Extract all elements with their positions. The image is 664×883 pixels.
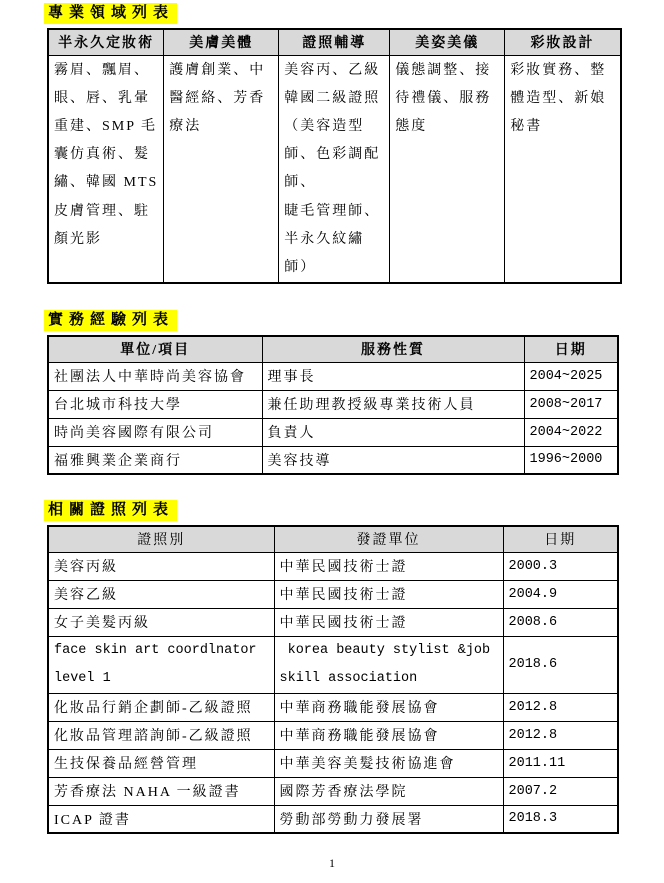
table-row: 女子美髮丙級 中華民國技術士證 2008.6 [48,608,618,636]
cell-date: 1996~2000 [524,446,618,474]
certifications-table: 證照別 發證單位 日期 美容丙級 中華民國技術士證 2000.3 美容乙級 中華… [47,525,619,834]
column-header: 證照別 [48,526,274,552]
table-row: 美容丙級 中華民國技術士證 2000.3 [48,552,618,580]
column-header: 彩妝設計 [505,29,621,55]
page-number: 1 [0,856,664,871]
column-header: 半永久定妝術 [48,29,164,55]
column-header: 美膚美體 [164,29,279,55]
cell-field-detail: 美容丙、乙級 韓國二級證照 （美容造型 師、色彩調配 師、 睫毛管理師、 半永久… [279,55,390,283]
table-row: 時尚美容國際有限公司 負責人 2004~2022 [48,418,618,446]
cell-license: face skin art coordlnator level 1 [48,636,274,693]
table-row: 美容乙級 中華民國技術士證 2004.9 [48,580,618,608]
column-header: 日期 [524,336,618,362]
table-header-row: 證照別 發證單位 日期 [48,526,618,552]
column-header: 單位/項目 [48,336,262,362]
cell-date: 2000.3 [503,552,618,580]
cell-license: 芳香療法 NAHA 一級證書 [48,777,274,805]
cell-issuer: 國際芳香療法學院 [274,777,503,805]
cell-license: 女子美髮丙級 [48,608,274,636]
cell-issuer: 中華美容美髮技術協進會 [274,749,503,777]
section-title-professional-fields: 專業領域列表 [44,3,177,24]
cell-date: 2012.8 [503,693,618,721]
table-row: 社團法人中華時尚美容協會 理事長 2004~2025 [48,362,618,390]
cell-role: 美容技導 [262,446,524,474]
table-row: 霧眉、飄眉、 眼、唇、乳暈 重建、SMP 毛 囊仿真術、髮 繡、韓國 MTS 皮… [48,55,621,283]
column-header: 美姿美儀 [390,29,505,55]
table-row: 芳香療法 NAHA 一級證書 國際芳香療法學院 2007.2 [48,777,618,805]
experience-table: 單位/項目 服務性質 日期 社團法人中華時尚美容協會 理事長 2004~2025… [47,335,619,475]
table-header-row: 半永久定妝術 美膚美體 證照輔導 美姿美儀 彩妝設計 [48,29,621,55]
cell-date: 2008.6 [503,608,618,636]
column-header: 發證單位 [274,526,503,552]
table-row: 台北城市科技大學 兼任助理教授級專業技術人員 2008~2017 [48,390,618,418]
professional-fields-table: 半永久定妝術 美膚美體 證照輔導 美姿美儀 彩妝設計 霧眉、飄眉、 眼、唇、乳暈… [47,28,622,284]
column-header: 證照輔導 [279,29,390,55]
cell-issuer: 勞動部勞動力發展署 [274,805,503,833]
cell-license: 美容乙級 [48,580,274,608]
table-row: 化妝品管理諮詢師-乙級證照 中華商務職能發展協會 2012.8 [48,721,618,749]
cell-license: 化妝品行銷企劃師-乙級證照 [48,693,274,721]
column-header: 服務性質 [262,336,524,362]
cell-role: 理事長 [262,362,524,390]
cell-date: 2008~2017 [524,390,618,418]
cell-role: 負責人 [262,418,524,446]
cell-date: 2007.2 [503,777,618,805]
cell-field-detail: 儀態調整、接 待禮儀、服務 態度 [390,55,505,283]
table-row: 生技保養品經營管理 中華美容美髮技術協進會 2011.11 [48,749,618,777]
cell-date: 2011.11 [503,749,618,777]
table-row: ICAP 證書 勞動部勞動力發展署 2018.3 [48,805,618,833]
table-row: face skin art coordlnator level 1 korea … [48,636,618,693]
section-title-experience: 實務經驗列表 [44,310,177,331]
cell-license: ICAP 證書 [48,805,274,833]
cell-issuer: 中華商務職能發展協會 [274,721,503,749]
cell-date: 2018.6 [503,636,618,693]
cell-unit: 台北城市科技大學 [48,390,262,418]
cell-license: 生技保養品經營管理 [48,749,274,777]
cell-role: 兼任助理教授級專業技術人員 [262,390,524,418]
document-page: 專業領域列表 半永久定妝術 美膚美體 證照輔導 美姿美儀 彩妝設計 霧眉、飄眉、… [0,0,664,834]
cell-date: 2018.3 [503,805,618,833]
section-certifications: 相關證照列表 證照別 發證單位 日期 美容丙級 中華民國技術士證 2000.3 … [44,500,664,834]
cell-date: 2012.8 [503,721,618,749]
cell-date: 2004~2022 [524,418,618,446]
cell-issuer: 中華民國技術士證 [274,580,503,608]
cell-field-detail: 霧眉、飄眉、 眼、唇、乳暈 重建、SMP 毛 囊仿真術、髮 繡、韓國 MTS 皮… [48,55,164,283]
column-header: 日期 [503,526,618,552]
section-professional-fields: 專業領域列表 半永久定妝術 美膚美體 證照輔導 美姿美儀 彩妝設計 霧眉、飄眉、… [44,3,664,284]
cell-date: 2004~2025 [524,362,618,390]
section-title-certifications: 相關證照列表 [44,500,177,521]
cell-issuer: 中華商務職能發展協會 [274,693,503,721]
cell-license: 美容丙級 [48,552,274,580]
cell-issuer: 中華民國技術士證 [274,552,503,580]
section-experience: 實務經驗列表 單位/項目 服務性質 日期 社團法人中華時尚美容協會 理事長 20… [44,310,664,475]
cell-field-detail: 護膚創業、中 醫經絡、芳香 療法 [164,55,279,283]
cell-issuer: korea beauty stylist &job skill associat… [274,636,503,693]
cell-license: 化妝品管理諮詢師-乙級證照 [48,721,274,749]
table-row: 化妝品行銷企劃師-乙級證照 中華商務職能發展協會 2012.8 [48,693,618,721]
table-row: 福雅興業企業商行 美容技導 1996~2000 [48,446,618,474]
cell-issuer: 中華民國技術士證 [274,608,503,636]
cell-unit: 福雅興業企業商行 [48,446,262,474]
cell-date: 2004.9 [503,580,618,608]
cell-unit: 社團法人中華時尚美容協會 [48,362,262,390]
table-header-row: 單位/項目 服務性質 日期 [48,336,618,362]
cell-unit: 時尚美容國際有限公司 [48,418,262,446]
cell-field-detail: 彩妝實務、整 體造型、新娘 秘書 [505,55,621,283]
